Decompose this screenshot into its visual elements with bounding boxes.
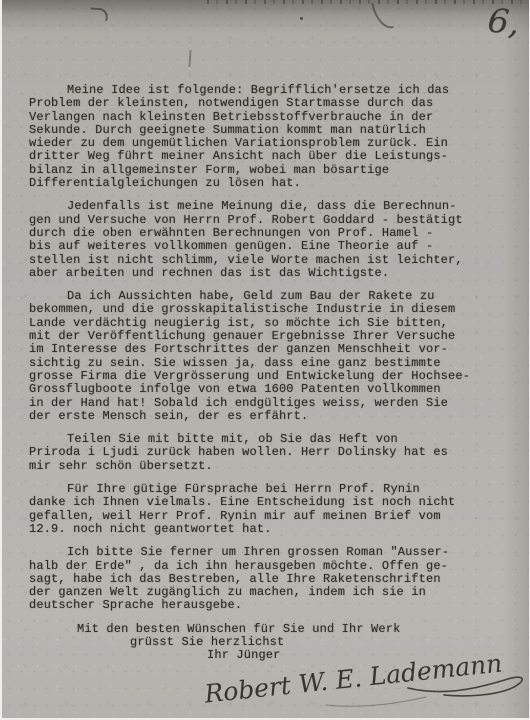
typed-line: Grossflugboote infolge von etwa 1600 Pat… (29, 383, 507, 396)
paragraph: Teilen Sie mit bitte mit, ob Sie das Hef… (29, 433, 507, 473)
typed-line: 12.9. noch nicht geantwortet hat. (29, 523, 507, 536)
signature-svg: Robert W. E. Lademann (194, 651, 529, 711)
typed-line: Ich bitte Sie ferner um Ihren grossen Ro… (29, 546, 507, 559)
paragraph: Da ich Aussichten habe, Geld zum Bau der… (29, 290, 507, 423)
typed-line: gefallen, weil Herr Prof. Rynin mir auf … (29, 510, 507, 523)
typed-line: stellen ist nicht schlimm, viele Worte m… (29, 254, 507, 267)
typed-line: Jedenfalls ist meine Meinung die, dass d… (29, 200, 507, 213)
paragraph: Jedenfalls ist meine Meinung die, dass d… (29, 200, 507, 280)
typed-line: Problem der kleinsten, notwendigen Start… (29, 97, 507, 110)
paragraph: Meine Idee ist folgende: Begrifflich'ers… (29, 84, 507, 190)
typed-line: in der Hand hat! Sobald ich endgültiges … (29, 397, 507, 410)
typed-line: deutscher Sprache herausgebe. (29, 599, 507, 612)
typed-line: dritter Weg führt meiner Ansicht nach üb… (29, 150, 507, 163)
letter-body: Meine Idee ist folgende: Begrifflich'ers… (29, 84, 507, 663)
typed-line: mir sehr schön übersetzt. (29, 460, 507, 473)
typed-line: aber arbeiten und rechnen das ist das Wi… (29, 267, 507, 280)
typed-line: sichtig zu sein. Sie wissen ja, dass ein… (29, 357, 507, 370)
ink-dot-artifact (300, 17, 303, 20)
typed-line: halb der Erde" , da ich ihn herausgeben … (29, 560, 507, 573)
typed-line: bis auf weiteres vollkommen genügen. Ein… (29, 240, 507, 253)
scratch-artifact (188, 50, 191, 67)
paragraphs-container: Meine Idee ist folgende: Begrifflich'ers… (29, 84, 507, 613)
typed-line: im Interesse des Fortschrittes der ganze… (29, 343, 507, 356)
letter-page: 6, Meine Idee ist folgende: Begrifflich'… (2, 0, 529, 718)
typed-line: der erste Mensch sein, der es erfährt. (29, 410, 507, 423)
paragraph: Für Ihre gütige Fürsprache bei Herrn Pro… (29, 483, 507, 536)
typed-line: Priroda i Ljudi zurück haben wollen. Her… (29, 446, 507, 459)
signature-underline (326, 697, 426, 706)
handwritten-page-number: 6, (486, 0, 521, 42)
paragraph: Ich bitte Sie ferner um Ihren grossen Ro… (29, 546, 507, 612)
typed-line: danke ich Ihnen vielmals. Eine Entscheid… (29, 496, 507, 509)
signature-name: Robert W. E. Lademann (202, 651, 503, 709)
typed-line: Verlangen nach kleinsten Betriebsstoffve… (29, 111, 507, 124)
typed-line: bekommen, und die grosskapitalistische I… (29, 303, 507, 316)
pen-stroke-artifact (90, 7, 109, 21)
cut-off-text-artifact (207, 0, 529, 4)
pen-stroke-artifact (371, 0, 394, 31)
typed-line: Differentialgleichungen zu lösen hat. (29, 177, 507, 190)
closing-line-1: Mit den besten Wünschen für Sie und Ihr … (29, 623, 507, 636)
handwritten-signature: Robert W. E. Lademann (194, 651, 529, 711)
typed-line: gen und Versuche von Herrn Prof. Robert … (29, 214, 507, 227)
